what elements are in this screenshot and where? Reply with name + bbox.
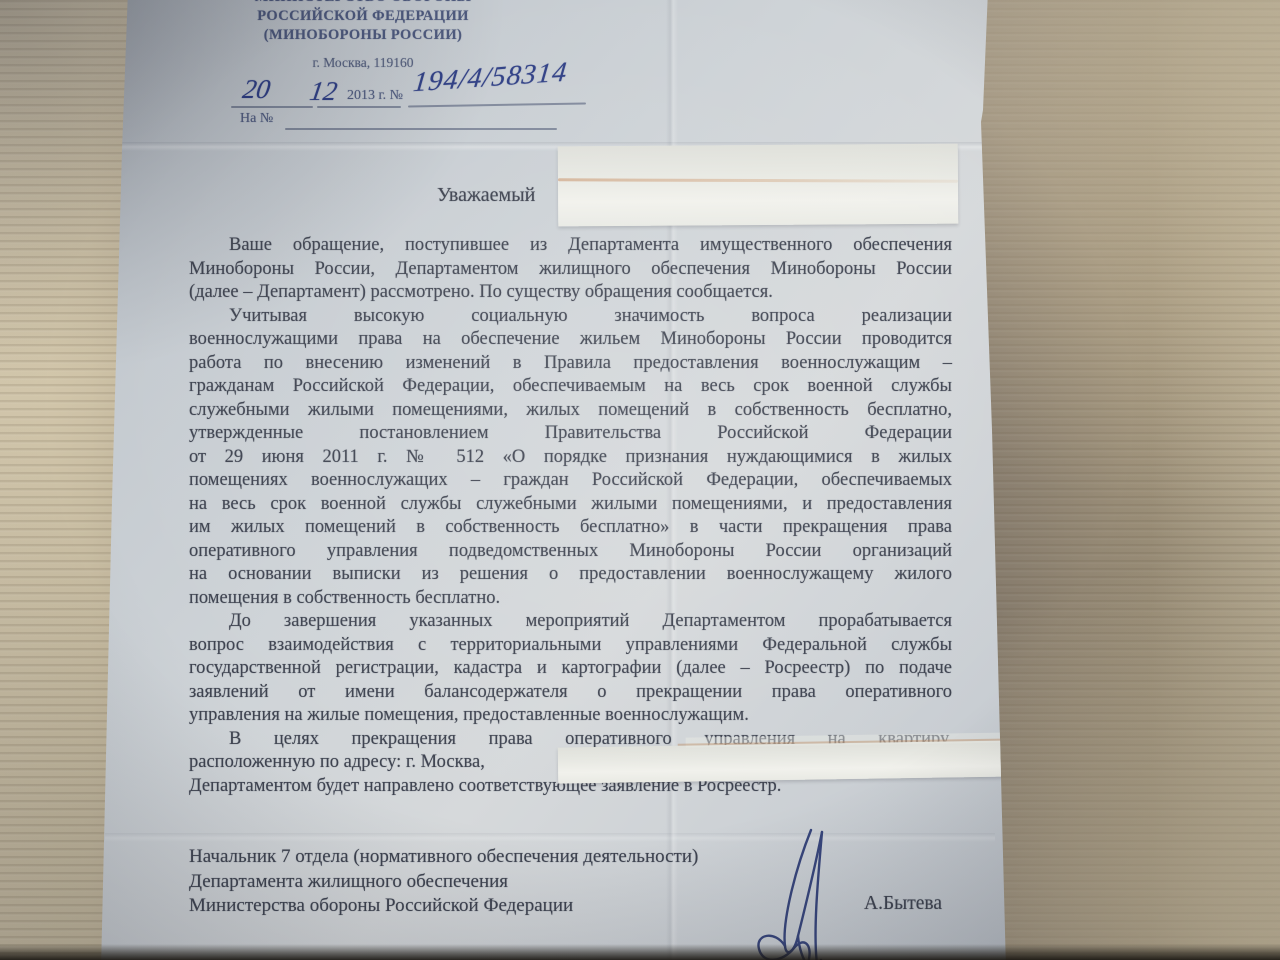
body-text-line: на весь срок военной службы служебными ж… bbox=[189, 493, 952, 517]
photo-of-letter: МИНИСТЕРСТВО ОБОРОНЫ РОССИЙСКОЙ ФЕДЕРАЦИ… bbox=[0, 0, 1280, 960]
body-text-line: служебными жилыми помещениями, жилых пом… bbox=[189, 399, 952, 423]
body-text-line: гражданам Российской Федерации, обеспечи… bbox=[189, 375, 952, 399]
outgoing-date-month-handwritten: 12 bbox=[308, 76, 340, 107]
signer-name: А.Бытева bbox=[864, 893, 942, 915]
body-text-line: государственной регистрации, кадастра и … bbox=[189, 657, 952, 681]
letterhead-ministry-name: МИНИСТЕРСТВО ОБОРОНЫ РОССИЙСКОЙ ФЕДЕРАЦИ… bbox=[208, 0, 518, 45]
outgoing-number-handwritten: 194/4/58314 bbox=[412, 57, 569, 100]
body-paragraph: В целях прекращения права оперативного у… bbox=[189, 728, 952, 799]
closing-line-ministry: Министерства обороны Российской Федераци… bbox=[189, 894, 698, 919]
body-paragraph: Ваше обращение, поступившее из Департаме… bbox=[189, 234, 952, 305]
ministry-name-line2: РОССИЙСКОЙ ФЕДЕРАЦИИ bbox=[208, 7, 518, 26]
body-paragraph: Учитывая высокую социальную значимость в… bbox=[189, 305, 952, 611]
body-text-line: им жилых помещений в собственность беспл… bbox=[189, 516, 952, 540]
body-text-line: Департаментом будет направлено соответст… bbox=[189, 775, 952, 799]
reply-reference-underline bbox=[285, 128, 557, 130]
body-text-line: оперативного управления подведомственных… bbox=[189, 540, 952, 564]
salutation-text: Уважаемый bbox=[437, 184, 535, 207]
outgoing-date-year-label: 2013 г. № bbox=[347, 88, 403, 104]
outgoing-number-underline bbox=[408, 102, 586, 107]
body-text-line: от 29 июня 2011 г. № 512 «О порядке приз… bbox=[189, 446, 952, 470]
closing-signature-block: Начальник 7 отдела (нормативного обеспеч… bbox=[189, 845, 698, 919]
body-text-line: управления на жилые помещения, предостав… bbox=[189, 704, 952, 728]
body-text-line: заявлений от имени балансодержателя о пр… bbox=[189, 681, 952, 705]
paper-crease-horizontal bbox=[105, 142, 995, 151]
closing-line-department: Департамента жилищного обеспечения bbox=[189, 870, 698, 895]
body-text-line: Минобороны России, Департаментом жилищно… bbox=[189, 258, 952, 282]
body-text-line: помещения в собственность бесплатно. bbox=[189, 587, 952, 611]
redaction-tape-apartment-address bbox=[558, 740, 1021, 783]
body-text-line: работа по внесению изменений в Правила п… bbox=[189, 352, 952, 376]
body-text-line: помещениях военнослужащих – граждан Росс… bbox=[189, 469, 952, 493]
redaction-tape-addressee-name bbox=[558, 144, 959, 227]
paper-crease-vertical bbox=[666, 0, 678, 960]
body-text-line: Учитывая высокую социальную значимость в… bbox=[189, 305, 952, 329]
letter-body: Ваше обращение, поступившее из Департаме… bbox=[189, 234, 952, 798]
body-text-line: В целях прекращения права оперативного у… bbox=[189, 728, 952, 752]
body-text-line: на основании выписки из решения о предос… bbox=[189, 563, 952, 587]
outgoing-date-day-handwritten: 20 bbox=[241, 74, 273, 105]
date-month-underline bbox=[317, 106, 401, 108]
body-text-line: утвержденные постановлением Правительств… bbox=[189, 422, 952, 446]
ministry-name-line1: МИНИСТЕРСТВО ОБОРОНЫ bbox=[208, 0, 518, 7]
ministry-name-line3: (МИНОБОРОНЫ РОССИИ) bbox=[208, 26, 518, 45]
closing-line-position: Начальник 7 отдела (нормативного обеспеч… bbox=[189, 845, 698, 870]
reply-reference-label: На № bbox=[240, 111, 273, 127]
date-day-underline bbox=[231, 106, 313, 108]
signature-autograph bbox=[733, 826, 853, 960]
body-text-line: военнослужащими права на обеспечение жил… bbox=[189, 328, 952, 352]
paper-crease-horizontal bbox=[105, 833, 995, 842]
body-text-line: вопрос взаимодействия с территориальными… bbox=[189, 634, 952, 658]
body-text-line: (далее – Департамент) рассмотрено. По су… bbox=[189, 281, 952, 305]
body-text-line: До завершения указанных мероприятий Депа… bbox=[189, 610, 952, 634]
body-text-line: расположенную по адресу: г. Москва, bbox=[189, 751, 952, 775]
body-text-line: Ваше обращение, поступившее из Департаме… bbox=[189, 234, 952, 258]
body-paragraph: До завершения указанных мероприятий Депа… bbox=[189, 610, 952, 728]
letterhead-city: г. Москва, 119160 bbox=[208, 55, 518, 71]
